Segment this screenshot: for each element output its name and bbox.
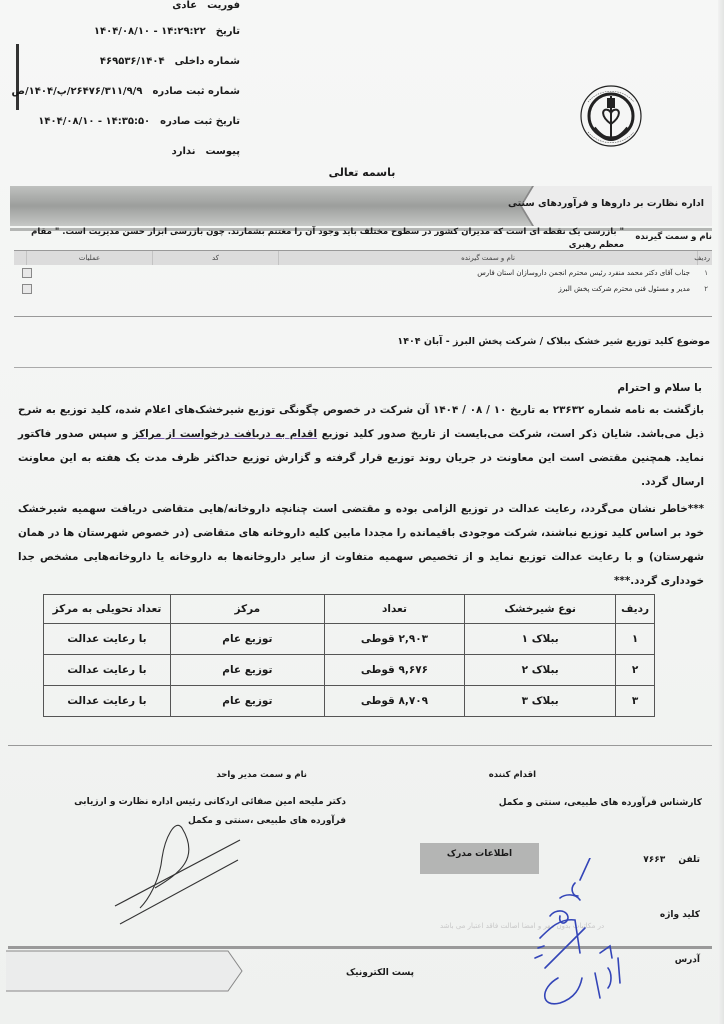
margin-mark (16, 44, 19, 110)
recipient-index: ۲ (696, 285, 712, 293)
cell-delivered: با رعایت عدالت (44, 624, 171, 655)
email-label: پست الکترونیک (346, 968, 414, 978)
cell-delivered: با رعایت عدالت (44, 686, 171, 717)
cell-formula-type: ببلاک ۲ (465, 655, 616, 686)
phone-value: ۷۶۶۳ (643, 855, 665, 865)
cell-center: توزیع عام (170, 686, 324, 717)
recipients-table-bottom-rule (14, 316, 712, 317)
manager-label: نام و سمت مدیر واحد (216, 770, 307, 780)
col-center: مرکز (170, 595, 324, 624)
para1-underlined: اقدام به دریافت درخواست از مراکز (133, 428, 317, 440)
priority-label: فوریت (207, 0, 240, 11)
letter-page: فوریت عادی تاریخ ۱۴۰۴/۰۸/۱۰ - ۱۴:۲۹:۲۲ ش… (0, 0, 724, 1024)
cell-row: ۳ (616, 686, 655, 717)
actor-value: کارشناس فرآورده های طبیعی، سنتی و مکمل (499, 798, 702, 808)
department-banner: اداره نظارت بر داروها و فرآوردهای سنتی (10, 186, 712, 230)
col-ops: عملیات (26, 251, 152, 265)
cell-row: ۱ (616, 624, 655, 655)
recipient-row: ۱ جناب آقای دکتر محمد منفرد رئیس محترم ا… (14, 265, 712, 281)
col-delivered: تعداد تحویلی به مرکز (44, 595, 171, 624)
body-paragraph-1: بازگشت به نامه شماره ۲۳۶۳۲ به تاریخ ۱۰ /… (18, 398, 704, 494)
address-label: آدرس (675, 955, 700, 965)
distribution-table: ردیف نوع شیرخشک تعداد مرکز تعداد تحویلی … (43, 594, 655, 717)
meta-issued-reg-no: شماره ثبت صادره ۲۶۴۷۶/۳۱۱/۹/۹/پ/۱۴۰۴/ص (30, 76, 240, 106)
cell-row: ۲ (616, 655, 655, 686)
cell-quantity: ۸,۷۰۹ قوطی (324, 686, 464, 717)
department-name: اداره نظارت بر داروها و فرآوردهای سنتی (508, 198, 704, 209)
greeting: با سلام و احترام (617, 382, 702, 394)
recipient-index: ۱ (696, 269, 712, 277)
issued-reg-no-label: شماره ثبت صادره (152, 86, 240, 97)
cell-delivered: با رعایت عدالت (44, 655, 171, 686)
recipients-table: ردیف نام و سمت گیرنده کد عملیات ۱ جناب آ… (14, 250, 712, 297)
col-index: ردیف (697, 251, 712, 265)
attachment-value: ندارد (172, 146, 196, 157)
recipient-action-icon[interactable] (22, 284, 32, 294)
meta-date: تاریخ ۱۴۰۴/۰۸/۱۰ - ۱۴:۲۹:۲۲ (30, 16, 240, 46)
distribution-header-row: ردیف نوع شیرخشک تعداد مرکز تعداد تحویلی … (44, 595, 655, 624)
meta-attachment: پیوست ندارد (30, 136, 240, 166)
col-formula-type: نوع شیرخشک (465, 595, 616, 624)
recipients-table-header: ردیف نام و سمت گیرنده کد عملیات (14, 250, 712, 265)
cell-formula-type: ببلاک ۳ (465, 686, 616, 717)
date-value: ۱۴۰۴/۰۸/۱۰ - ۱۴:۲۹:۲۲ (94, 26, 206, 37)
cell-center: توزیع عام (170, 655, 324, 686)
keyword-label: کلید واژه (660, 910, 700, 920)
col-code: کد (152, 251, 278, 265)
distribution-row: ۱ ببلاک ۱ ۲,۹۰۳ قوطی توزیع عام با رعایت … (44, 624, 655, 655)
date-label: تاریخ (216, 26, 240, 37)
issued-reg-date-label: تاریخ ثبت صادره (160, 116, 240, 127)
issued-reg-no-value: ۲۶۴۷۶/۳۱۱/۹/۹/پ/۱۴۰۴/ص (12, 86, 143, 97)
university-logo-icon (578, 80, 644, 158)
cell-formula-type: ببلاک ۱ (465, 624, 616, 655)
quote-line-1: " بازرسی یک نقطه ای است که مدیران کشور د… (24, 226, 624, 252)
scan-edge (718, 0, 724, 1024)
meta-issued-reg-date: تاریخ ثبت صادره ۱۴۰۴/۰۸/۱۰ - ۱۴:۳۵:۵۰ (30, 106, 240, 136)
recipient-action-icon[interactable] (22, 268, 32, 278)
letter-meta: فوریت عادی تاریخ ۱۴۰۴/۰۸/۱۰ - ۱۴:۲۹:۲۲ ش… (30, 0, 240, 166)
phone-field: تلفن ۷۶۶۳ (643, 855, 700, 865)
internal-no-label: شماره داخلی (175, 56, 240, 67)
cell-quantity: ۹,۶۷۶ قوطی (324, 655, 464, 686)
issued-reg-date-value: ۱۴۰۴/۰۸/۱۰ - ۱۴:۳۵:۵۰ (38, 116, 150, 127)
internal-no-value: ۴۶۹۵۳۶/۱۴۰۴ (100, 56, 165, 67)
signature-icon (110, 818, 250, 928)
body-paragraph-2: ***خاطر نشان می‌گردد، رعایت عدالت در توز… (18, 497, 704, 593)
col-row: ردیف (616, 595, 655, 624)
cell-quantity: ۲,۹۰۳ قوطی (324, 624, 464, 655)
recipient-name: مدیر و مسئول فنی محترم شرکت پخش البرز (272, 285, 696, 293)
cell-center: توزیع عام (170, 624, 324, 655)
handwritten-note-icon (520, 858, 640, 1018)
recipient-row: ۲ مدیر و مسئول فنی محترم شرکت پخش البرز (14, 281, 712, 297)
col-name: نام و سمت گیرنده (278, 251, 697, 265)
col-quantity: تعداد (324, 595, 464, 624)
signature-divider (8, 745, 712, 746)
phone-label: تلفن (678, 855, 700, 865)
meta-priority: فوریت عادی (30, 0, 240, 16)
meta-internal-no: شماره داخلی ۴۶۹۵۳۶/۱۴۰۴ (30, 46, 240, 76)
subject-divider (14, 367, 712, 368)
letter-subject: موضوع کلید توزیع شیر خشک ببلاک / شرکت پخ… (397, 336, 710, 347)
bismillah-heading: باسمه تعالی (0, 166, 724, 179)
footer-tab-shape (6, 950, 244, 992)
recipient-name: جناب آقای دکتر محمد منفرد رئیس محترم انج… (272, 269, 696, 277)
priority-value: عادی (172, 0, 197, 11)
distribution-row: ۳ ببلاک ۳ ۸,۷۰۹ قوطی توزیع عام با رعایت … (44, 686, 655, 717)
actor-label: اقدام کننده (489, 770, 536, 780)
recipients-label: نام و سمت گیرنده (635, 232, 712, 242)
distribution-row: ۲ ببلاک ۲ ۹,۶۷۶ قوطی توزیع عام با رعایت … (44, 655, 655, 686)
attachment-label: پیوست (205, 146, 240, 157)
